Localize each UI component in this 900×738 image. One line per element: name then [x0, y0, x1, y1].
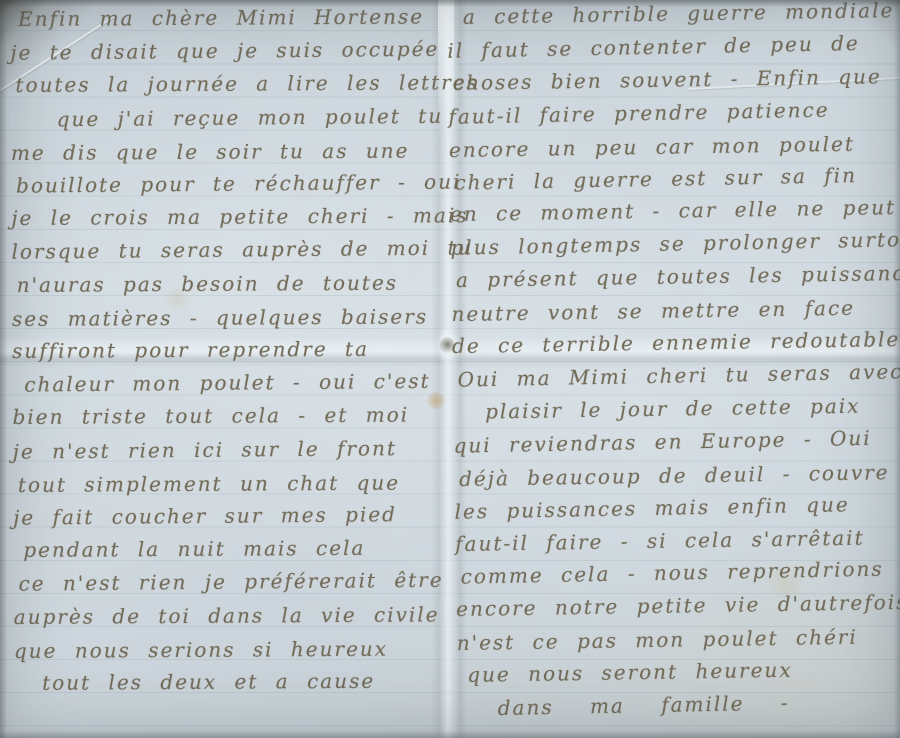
handwritten-line: bien triste tout cela - et moi [12, 399, 440, 435]
handwritten-line: tout simplement un chat que [18, 466, 441, 502]
handwritten-line: suffiront pour reprendre ta [12, 332, 440, 368]
handwritten-line: je fait coucher sur mes pied [13, 498, 441, 535]
handwritten-line: n'auras pas besoin de toutes [17, 266, 440, 302]
handwritten-line: pendant la nuit mais cela [23, 532, 441, 568]
paper-edge-top [0, 0, 900, 7]
handwritten-line: dans ma famille - [497, 684, 898, 724]
paper-edge-bottom [0, 730, 900, 738]
corner-shadow-top-right [810, 0, 900, 90]
handwritten-line: tout les deux et a cause [42, 664, 442, 700]
letter-page-right: a cette horrible guerre mondialeil faut … [447, 0, 898, 725]
handwritten-line: a présent que toutes les puissances [456, 257, 891, 297]
handwritten-line: ce n'est rien je préférerait être [18, 564, 441, 601]
handwritten-line: que nous serions si heureux [14, 632, 442, 668]
handwritten-line: je le crois ma petite cheri - mais [11, 200, 439, 236]
paper-edge-left [0, 0, 7, 738]
handwritten-line: ses matières - quelques baisers [12, 300, 440, 336]
corner-shadow-top-left [0, 0, 160, 160]
handwritten-line: lorsque tu seras auprès de moi tu [11, 232, 439, 269]
handwritten-line: bouillote pour te réchauffer - oui [16, 166, 439, 203]
handwritten-line: auprès de toi dans la vie civile [14, 598, 442, 634]
handwritten-line: je n'est rien ici sur le front [13, 431, 441, 468]
handwritten-line: chaleur mon poulet - oui c'est [24, 365, 440, 402]
paper-edge-right [894, 0, 900, 738]
handwritten-line: encore notre petite vie d'autrefois [456, 586, 896, 626]
